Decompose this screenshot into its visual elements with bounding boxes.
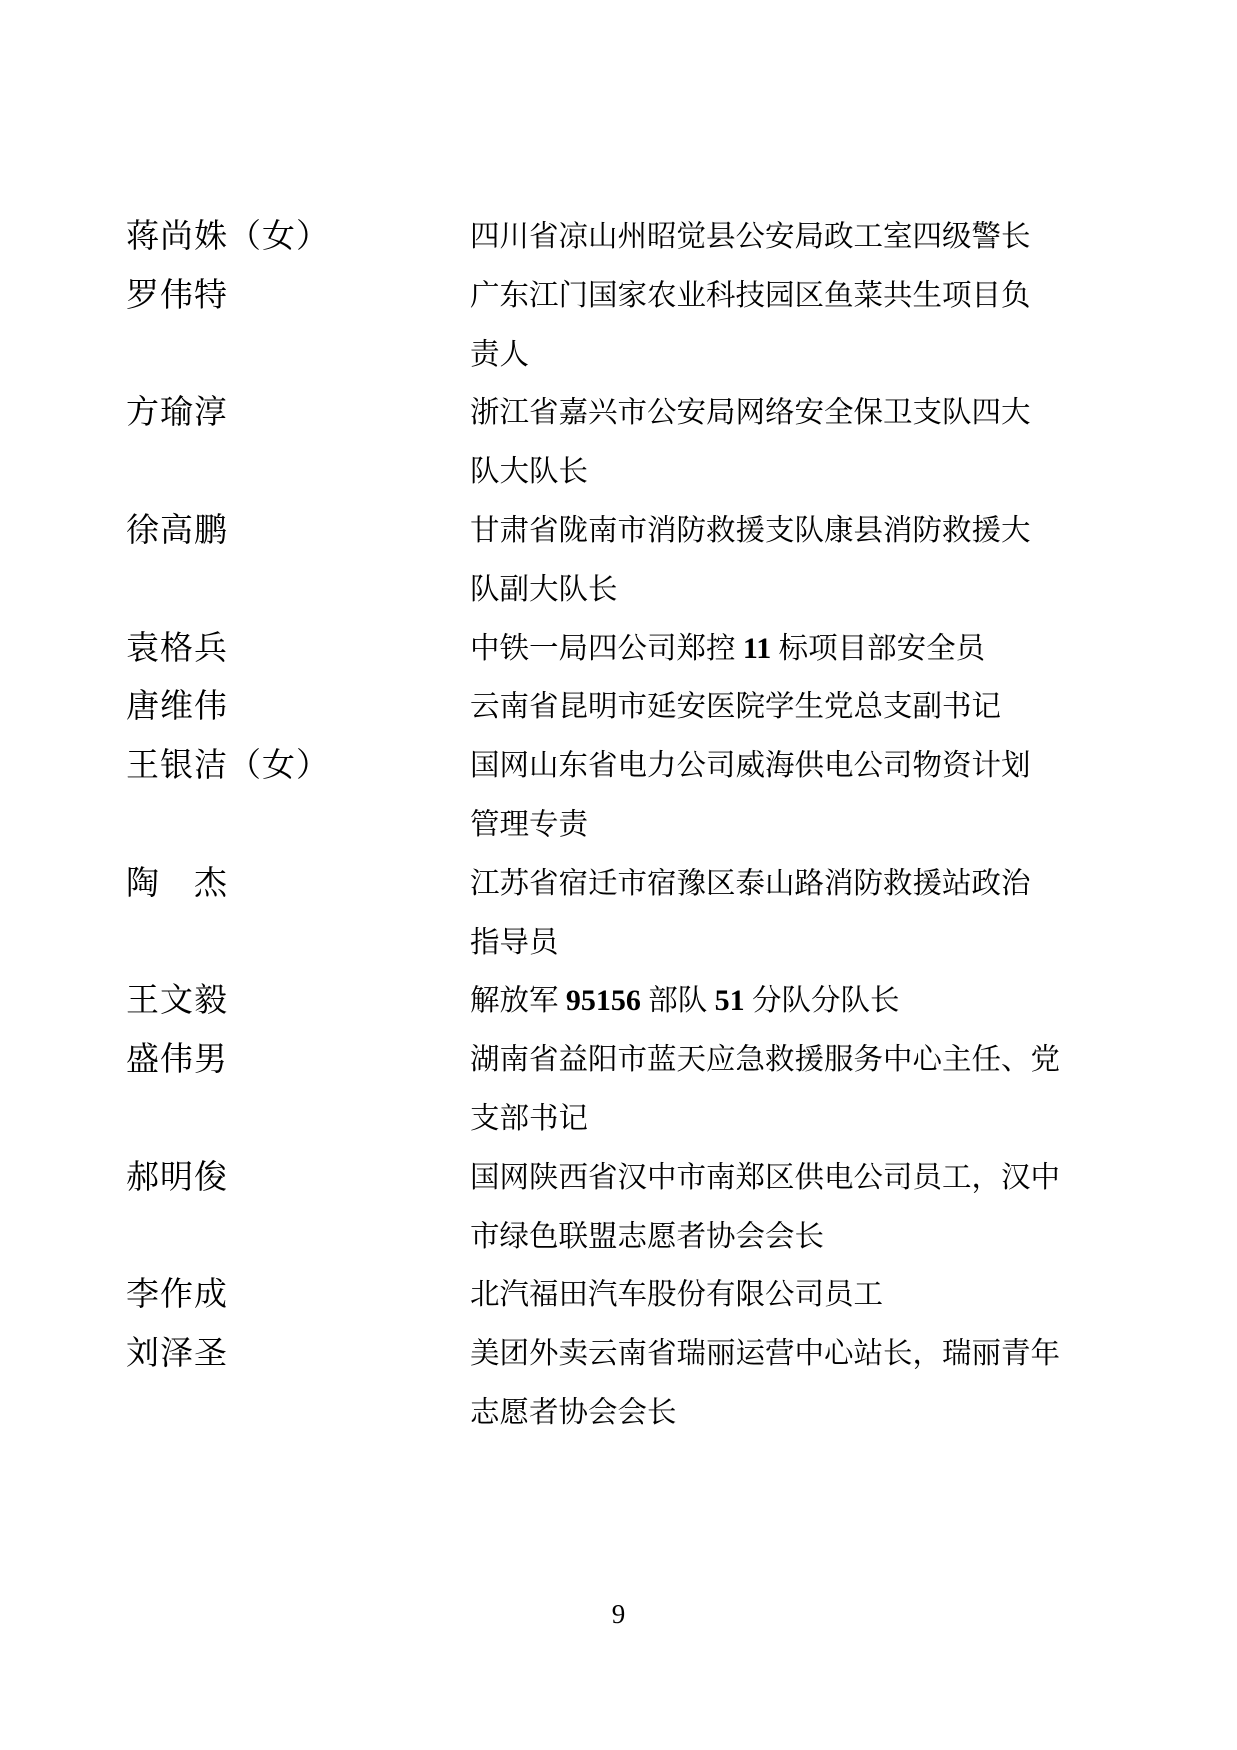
list-item: 王文毅 解放军 95156 部队 51 分队分队长 bbox=[0, 972, 1237, 1031]
list-item: 陶 杰 江苏省宿迁市宿豫区泰山路消防救援站政治指导员 bbox=[0, 855, 1237, 973]
description-line: 解放军 95156 部队 51 分队分队长 bbox=[470, 972, 1237, 1031]
entry-description: 江苏省宿迁市宿豫区泰山路消防救援站政治指导员 bbox=[470, 855, 1237, 973]
list-item: 方瑜淳 浙江省嘉兴市公安局网络安全保卫支队四大队大队长 bbox=[0, 384, 1237, 502]
entry-name: 王文毅 bbox=[0, 972, 470, 1031]
description-line: 甘肃省陇南市消防救援支队康县消防救援大 bbox=[470, 502, 1237, 561]
entry-name: 袁格兵 bbox=[0, 620, 470, 679]
entry-description: 北汽福田汽车股份有限公司员工 bbox=[470, 1266, 1237, 1325]
description-line: 云南省昆明市延安医院学生党总支副书记 bbox=[470, 678, 1237, 737]
list-item: 罗伟特 广东江门国家农业科技园区鱼菜共生项目负责人 bbox=[0, 267, 1237, 385]
entry-description: 浙江省嘉兴市公安局网络安全保卫支队四大队大队长 bbox=[470, 384, 1237, 502]
list-item: 袁格兵 中铁一局四公司郑控 11 标项目部安全员 bbox=[0, 620, 1237, 679]
entry-description: 美团外卖云南省瑞丽运营中心站长，瑞丽青年志愿者协会会长 bbox=[470, 1325, 1237, 1443]
entry-name: 蒋尚姝（女） bbox=[0, 208, 470, 267]
entry-description: 国网山东省电力公司威海供电公司物资计划管理专责 bbox=[470, 737, 1237, 855]
awardee-list: 蒋尚姝（女） 四川省凉山州昭觉县公安局政工室四级警长 罗伟特 广东江门国家农业科… bbox=[0, 208, 1237, 1443]
document-page: 蒋尚姝（女） 四川省凉山州昭觉县公安局政工室四级警长 罗伟特 广东江门国家农业科… bbox=[0, 0, 1237, 1750]
description-line: 国网陕西省汉中市南郑区供电公司员工，汉中 bbox=[470, 1149, 1237, 1208]
latin-numeral: 95156 bbox=[566, 984, 641, 1017]
entry-description: 甘肃省陇南市消防救援支队康县消防救援大队副大队长 bbox=[470, 502, 1237, 620]
description-line: 广东江门国家农业科技园区鱼菜共生项目负 bbox=[470, 267, 1237, 326]
description-line: 江苏省宿迁市宿豫区泰山路消防救援站政治 bbox=[470, 855, 1237, 914]
entry-name: 王银洁（女） bbox=[0, 737, 470, 796]
list-item: 盛伟男 湖南省益阳市蓝天应急救援服务中心主任、党支部书记 bbox=[0, 1031, 1237, 1149]
description-line: 指导员 bbox=[470, 914, 1237, 973]
description-line: 中铁一局四公司郑控 11 标项目部安全员 bbox=[470, 620, 1237, 679]
entry-name: 刘泽圣 bbox=[0, 1325, 470, 1384]
description-line: 支部书记 bbox=[470, 1090, 1237, 1149]
entry-name: 方瑜淳 bbox=[0, 384, 470, 443]
latin-numeral: 51 bbox=[715, 984, 745, 1017]
entry-name: 徐高鹏 bbox=[0, 502, 470, 561]
list-item: 唐维伟 云南省昆明市延安医院学生党总支副书记 bbox=[0, 678, 1237, 737]
entry-name: 郝明俊 bbox=[0, 1149, 470, 1208]
description-line: 国网山东省电力公司威海供电公司物资计划 bbox=[470, 737, 1237, 796]
list-item: 徐高鹏 甘肃省陇南市消防救援支队康县消防救援大队副大队长 bbox=[0, 502, 1237, 620]
description-line: 美团外卖云南省瑞丽运营中心站长，瑞丽青年 bbox=[470, 1325, 1237, 1384]
description-line: 责人 bbox=[470, 326, 1237, 385]
list-item: 郝明俊 国网陕西省汉中市南郑区供电公司员工，汉中市绿色联盟志愿者协会会长 bbox=[0, 1149, 1237, 1267]
description-line: 四川省凉山州昭觉县公安局政工室四级警长 bbox=[470, 208, 1237, 267]
page-footer: 9 bbox=[0, 1598, 1237, 1630]
description-line: 队大队长 bbox=[470, 443, 1237, 502]
entry-description: 解放军 95156 部队 51 分队分队长 bbox=[470, 972, 1237, 1031]
latin-numeral: 11 bbox=[743, 632, 771, 665]
list-item: 刘泽圣 美团外卖云南省瑞丽运营中心站长，瑞丽青年志愿者协会会长 bbox=[0, 1325, 1237, 1443]
entry-description: 广东江门国家农业科技园区鱼菜共生项目负责人 bbox=[470, 267, 1237, 385]
description-line: 队副大队长 bbox=[470, 561, 1237, 620]
list-item: 蒋尚姝（女） 四川省凉山州昭觉县公安局政工室四级警长 bbox=[0, 208, 1237, 267]
entry-name: 唐维伟 bbox=[0, 678, 470, 737]
list-item: 王银洁（女） 国网山东省电力公司威海供电公司物资计划管理专责 bbox=[0, 737, 1237, 855]
entry-description: 湖南省益阳市蓝天应急救援服务中心主任、党支部书记 bbox=[470, 1031, 1237, 1149]
page-number: 9 bbox=[612, 1599, 626, 1629]
entry-description: 中铁一局四公司郑控 11 标项目部安全员 bbox=[470, 620, 1237, 679]
description-line: 浙江省嘉兴市公安局网络安全保卫支队四大 bbox=[470, 384, 1237, 443]
description-line: 管理专责 bbox=[470, 796, 1237, 855]
entry-name: 盛伟男 bbox=[0, 1031, 470, 1090]
entry-name: 陶 杰 bbox=[0, 855, 470, 914]
description-line: 市绿色联盟志愿者协会会长 bbox=[470, 1208, 1237, 1267]
entry-description: 云南省昆明市延安医院学生党总支副书记 bbox=[470, 678, 1237, 737]
entry-name: 罗伟特 bbox=[0, 267, 470, 326]
entry-description: 四川省凉山州昭觉县公安局政工室四级警长 bbox=[470, 208, 1237, 267]
entry-name: 李作成 bbox=[0, 1266, 470, 1325]
description-line: 湖南省益阳市蓝天应急救援服务中心主任、党 bbox=[470, 1031, 1237, 1090]
entry-description: 国网陕西省汉中市南郑区供电公司员工，汉中市绿色联盟志愿者协会会长 bbox=[470, 1149, 1237, 1267]
description-line: 北汽福田汽车股份有限公司员工 bbox=[470, 1266, 1237, 1325]
list-item: 李作成 北汽福田汽车股份有限公司员工 bbox=[0, 1266, 1237, 1325]
description-line: 志愿者协会会长 bbox=[470, 1384, 1237, 1443]
